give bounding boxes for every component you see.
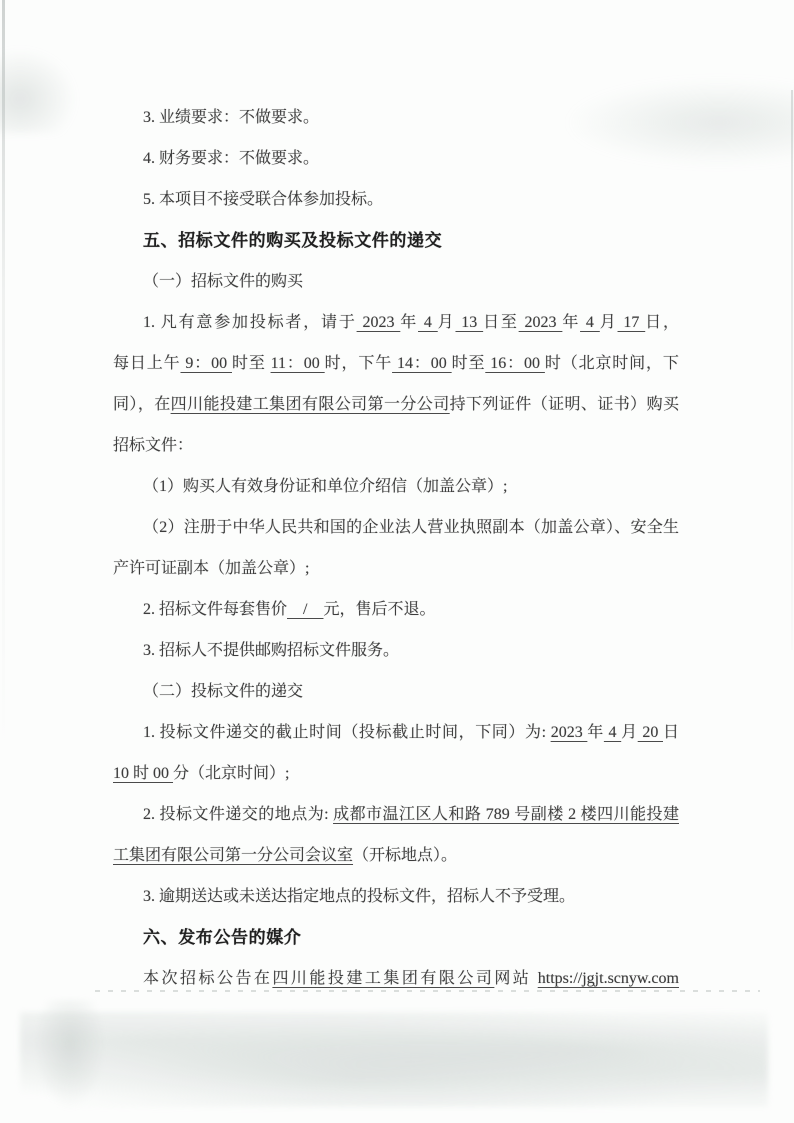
purchase-period-line-3: 同），在四川能投建工集团有限公司第一分公司持下列证件（证明、证书）购买 — [113, 384, 679, 425]
clause-5-no-consortium: 5. 本项目不接受联合体参加投标。 — [113, 179, 679, 220]
underlined-field: 四川能投建工集团有限公司 — [272, 970, 494, 987]
scan-edge-artifact-left — [2, 0, 5, 750]
text-segment: 3. 招标人不提供邮购招标文件服务。 — [143, 642, 399, 659]
text-segment: 月 — [621, 724, 638, 741]
submission-place-line-1: 2. 投标文件递交的地点为: 成都市温江区人和路 789 号副楼 2 楼四川能投… — [113, 794, 679, 835]
underlined-field: 14：00 — [392, 355, 451, 372]
text-segment: 六、发布公告的媒介 — [143, 928, 301, 947]
text-segment: 2. 招标文件每套售价 — [143, 601, 287, 618]
text-segment: （一）招标文件的购买 — [143, 273, 303, 290]
text-segment: 元，售后不退。 — [323, 601, 435, 618]
text-segment: （二）投标文件的递交 — [143, 683, 303, 700]
text-segment: 年 — [562, 314, 580, 331]
underlined-field: 4 — [604, 724, 621, 741]
submission-place-line-2: 工集团有限公司第一分公司会议室（开标地点）。 — [113, 835, 679, 876]
text-segment: 时至 — [452, 355, 486, 372]
submission-deadline-line-1: 1. 投标文件递交的截止时间（投标截止时间，下同）为: 2023 年 4 月 2… — [113, 712, 679, 753]
underlined-field: 16：00 — [485, 355, 544, 372]
purchase-period-line-1: 1. 凡有意参加投标者，请于 2023 年 4 月 13 日至 2023 年 4… — [113, 302, 679, 343]
text-segment: 招标文件： — [113, 437, 193, 454]
required-certificate-1: （1）购买人有效身份证和单位介绍信（加盖公章）; — [113, 466, 679, 507]
text-segment: 每日上午 — [113, 355, 180, 372]
underlined-field: / — [287, 601, 323, 618]
text-segment: 3. 业绩要求：不做要求。 — [143, 109, 319, 126]
text-segment: 产许可证副本（加盖公章）; — [113, 560, 309, 577]
clause-4-financial-requirement: 4. 财务要求：不做要求。 — [113, 138, 679, 179]
underlined-field: 2023 — [519, 314, 563, 331]
required-certificate-2-line-1: （2）注册于中华人民共和国的企业法人营业执照副本（加盖公章）、安全生 — [113, 507, 679, 548]
underlined-field: 2023 — [551, 724, 588, 741]
text-segment: （开标地点）。 — [353, 847, 457, 864]
text-segment: 月 — [600, 314, 618, 331]
text-segment: 时（北京时间，下 — [545, 355, 679, 372]
purchase-period-line-4: 招标文件： — [113, 425, 679, 466]
text-segment: 年 — [400, 314, 418, 331]
text-segment: 分（北京时间）; — [173, 765, 289, 782]
text-segment: 1. 投标文件递交的截止时间（投标截止时间，下同）为: — [143, 724, 551, 741]
scanned-document-page: 3. 业绩要求：不做要求。4. 财务要求：不做要求。5. 本项目不接受联合体参加… — [0, 0, 794, 1123]
underlined-field: 20 — [638, 724, 663, 741]
scan-smudge-bottom-band — [20, 1012, 768, 1107]
underlined-field: 17 — [618, 314, 646, 331]
text-segment: （1）购买人有效身份证和单位介绍信（加盖公章）; — [143, 478, 507, 495]
text-segment: 年 — [587, 724, 604, 741]
text-segment: （2）注册于中华人民共和国的企业法人营业执照副本（加盖公章）、安全生 — [143, 519, 679, 536]
purchase-period-line-2: 每日上午 9：00 时至 11：00 时，下午 14：00 时至 16：00 时… — [113, 343, 679, 384]
text-segment: 5. 本项目不接受联合体参加投标。 — [143, 191, 383, 208]
text-segment: 网站 — [494, 970, 537, 987]
text-segment: 日至 — [483, 314, 519, 331]
underlined-field: 四川能投建工集团有限公司第一分公司 — [171, 396, 450, 413]
clause-3-performance-requirement: 3. 业绩要求：不做要求。 — [113, 97, 679, 138]
website-url: https://jgjt.scnyw.com — [538, 970, 679, 987]
underlined-field: 10 时 00 — [113, 765, 173, 782]
text-segment: 日 — [663, 724, 679, 741]
text-segment: 4. 财务要求：不做要求。 — [143, 150, 319, 167]
late-submission-clause: 3. 逾期送达或未送达指定地点的投标文件，招标人不予受理。 — [113, 876, 679, 917]
subsection-5-1-heading: （一）招标文件的购买 — [113, 261, 679, 302]
text-segment: 2. 投标文件递交的地点为: — [143, 806, 333, 823]
section-5-heading: 五、招标文件的购买及投标文件的递交 — [113, 220, 679, 261]
text-segment: 3. 逾期送达或未送达指定地点的投标文件，招标人不予受理。 — [143, 888, 575, 905]
underlined-field: 成都市温江区人和路 789 号副楼 2 楼四川能投建 — [333, 806, 679, 823]
announcement-media-line: 本次招标公告在四川能投建工集团有限公司网站 https://jgjt.scnyw… — [113, 958, 679, 999]
subsection-5-2-heading: （二）投标文件的递交 — [113, 671, 679, 712]
underlined-field: 11：00 — [271, 355, 325, 372]
submission-deadline-line-2: 10 时 00 分（北京时间）; — [113, 753, 679, 794]
underlined-field: 13 — [455, 314, 483, 331]
document-price-clause: 2. 招标文件每套售价 / 元，售后不退。 — [113, 589, 679, 630]
text-segment: 1. 凡有意参加投标者，请于 — [143, 314, 357, 331]
underlined-field: 9：00 — [180, 355, 231, 372]
underlined-field: 4 — [580, 314, 600, 331]
text-segment: 月 — [438, 314, 456, 331]
underlined-field: 工集团有限公司第一分公司会议室 — [113, 847, 353, 864]
text-segment: 日， — [645, 314, 679, 331]
section-6-heading: 六、发布公告的媒介 — [113, 917, 679, 958]
underlined-field: 4 — [418, 314, 438, 331]
text-segment: 本次招标公告在 — [143, 970, 272, 987]
scan-smudge-top-left — [0, 48, 77, 133]
document-body: 3. 业绩要求：不做要求。4. 财务要求：不做要求。5. 本项目不接受联合体参加… — [113, 97, 679, 999]
scan-smudge-bottom-left — [35, 1000, 105, 1110]
underlined-field: 2023 — [357, 314, 401, 331]
text-segment: 时至 — [232, 355, 271, 372]
required-certificate-2-line-2: 产许可证副本（加盖公章）; — [113, 548, 679, 589]
text-segment: 同），在 — [113, 396, 171, 413]
no-mail-order-clause: 3. 招标人不提供邮购招标文件服务。 — [113, 630, 679, 671]
text-segment: 持下列证件（证明、证书）购买 — [450, 396, 679, 413]
text-segment: 五、招标文件的购买及投标文件的递交 — [143, 231, 442, 250]
scan-edge-artifact-right — [791, 90, 793, 650]
text-segment: 时，下午 — [325, 355, 392, 372]
